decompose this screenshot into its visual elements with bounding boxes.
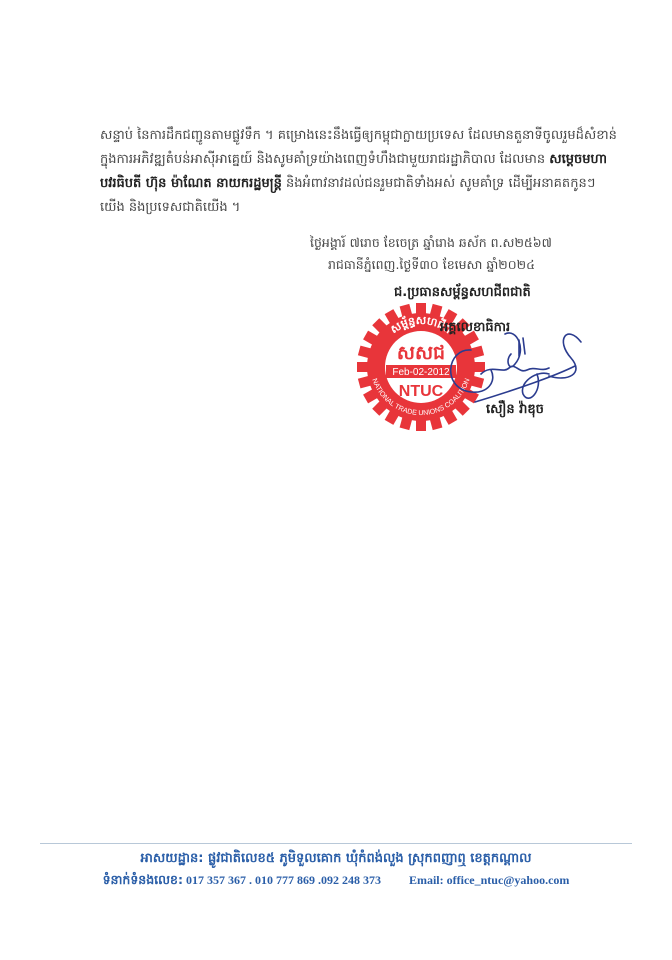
phone-numbers: 017 357 367 . 010 777 869 .092 248 373 [186, 873, 381, 887]
document-page: សន្ទាប់ នៃការដឹកជញ្ជូនតាមផ្លូវទឹក ។ គម្រ… [0, 0, 672, 960]
signatory-title: ជ.ប្រធានសម្ព័ន្ធសហជីពជាតិ [394, 284, 531, 303]
svg-text:Feb-02-2012: Feb-02-2012 [392, 367, 450, 378]
svg-text:សសជ: សសជ [397, 342, 445, 364]
handwritten-signature-icon [445, 330, 615, 410]
footer-divider [40, 843, 632, 844]
email-address: Email: office_ntuc@yahoo.com [409, 873, 569, 887]
prime-minister-name: បវរធិបតី ហ៊ុន ម៉ាណែត នាយករដ្ឋមន្ត្រី [100, 176, 282, 191]
footer-contact: ទំនាក់ទំនងលេខ: 017 357 367 . 010 777 869… [40, 870, 632, 890]
svg-text:NTUC: NTUC [399, 383, 444, 400]
letterhead-footer: អាសយដ្ឋាន: ផ្លូវជាតិលេខ៥ ភូមិទួលគោក ឃុំក… [40, 848, 632, 890]
prime-minister-title: សម្ដេចមហា [549, 152, 607, 167]
footer-address: អាសយដ្ឋាន: ផ្លូវជាតិលេខ៥ ភូមិទួលគោក ឃុំក… [40, 848, 632, 870]
body-line-2: ក្នុងការអភិវឌ្ឍតំបន់អាស៊ីអាគ្នេយ៍ និងសូម… [100, 148, 634, 172]
solar-date: រាជធានីភ្នំពេញ.ថ្ងៃទី៣០ ខែមេសា ឆ្នាំ២០២៤ [328, 254, 630, 276]
signatory-name: សឿន វ៉ាឌុច [486, 401, 544, 420]
body-line-3: បវរធិបតី ហ៊ុន ម៉ាណែត នាយករដ្ឋមន្ត្រី និង… [100, 172, 634, 196]
body-paragraph: សន្ទាប់ នៃការដឹកជញ្ជូនតាមផ្លូវទឹក ។ គម្រ… [100, 124, 634, 220]
lunar-date: ថ្ងៃអង្គារ៍ ៧រោច ខែចេត្រ ឆ្នាំរោង ឆស័ក ព… [310, 232, 630, 254]
body-line-4: យើង និងប្រទេសជាតិយើង ។ [100, 196, 634, 220]
body-line-1: សន្ទាប់ នៃការដឹកជញ្ជូនតាមផ្លូវទឹក ។ គម្រ… [100, 124, 634, 148]
phone-label: ទំនាក់ទំនងលេខ: [103, 872, 183, 887]
date-block: ថ្ងៃអង្គារ៍ ៧រោច ខែចេត្រ ឆ្នាំរោង ឆស័ក ព… [310, 232, 630, 276]
